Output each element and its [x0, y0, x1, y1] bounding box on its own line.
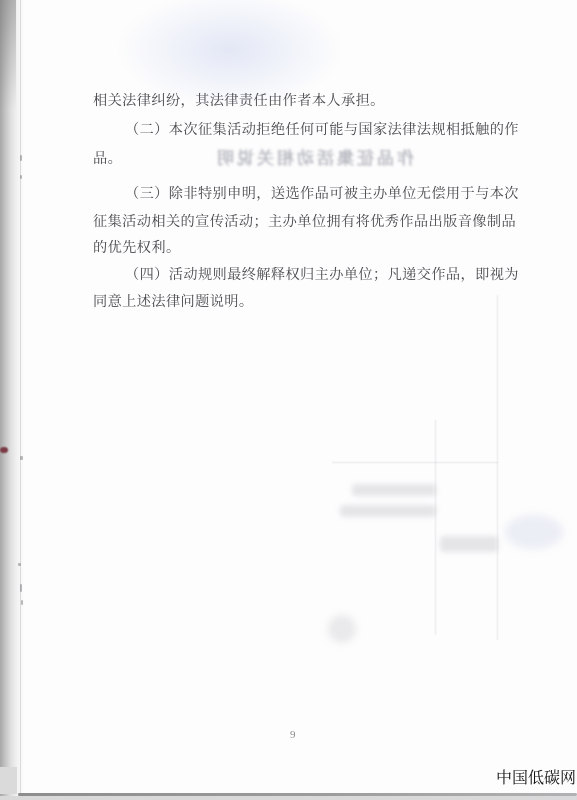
text-line-3: 品。 — [93, 148, 122, 168]
scan-speck — [20, 584, 22, 592]
scan-speck — [18, 563, 21, 566]
page-number: 9 — [290, 729, 296, 741]
scan-speck — [20, 175, 22, 179]
scan-smudge-blue — [505, 515, 563, 549]
scan-bottom-strip — [0, 796, 577, 800]
scan-red-mark — [0, 447, 8, 453]
text-line-7: （四）活动规则最终解释权归主办单位；凡递交作品，即视为 — [125, 264, 519, 284]
bleedthrough-table-line — [435, 420, 436, 635]
bleedthrough-table-line — [497, 295, 498, 640]
scan-speck — [20, 155, 22, 161]
text-line-6: 的优先权利。 — [93, 237, 181, 257]
bleedthrough-text-blob — [352, 484, 436, 496]
scan-left-edge-top-shadow — [0, 0, 16, 110]
bleedthrough-text-blob — [440, 536, 498, 552]
text-line-8: 同意上述法律问题说明。 — [93, 291, 253, 311]
text-line-2: （二）本次征集活动拒绝任何可能与国家法律法规相抵触的作 — [125, 119, 519, 139]
scan-page-edge-line — [20, 0, 21, 794]
scan-smudge-gray — [328, 615, 356, 643]
site-watermark: 中国低碳网 — [496, 765, 576, 788]
text-line-4: （三）除非特别申明，送选作品可被主办单位无偿用于与本次 — [125, 183, 519, 203]
scan-speck — [20, 456, 23, 460]
scan-bottom-left-block — [0, 767, 17, 794]
text-line-1: 相关法律纠纷，其法律责任由作者本人承担。 — [93, 90, 385, 110]
scan-speck — [21, 600, 23, 605]
bleedthrough-table-line — [332, 462, 498, 463]
bleedthrough-text-blob — [340, 505, 436, 517]
text-line-5: 征集活动相关的宣传活动；主办单位拥有将优秀作品出版音像制品 — [93, 211, 516, 231]
bleedthrough-title-text: 作品征集活动相关说明 — [126, 144, 414, 166]
